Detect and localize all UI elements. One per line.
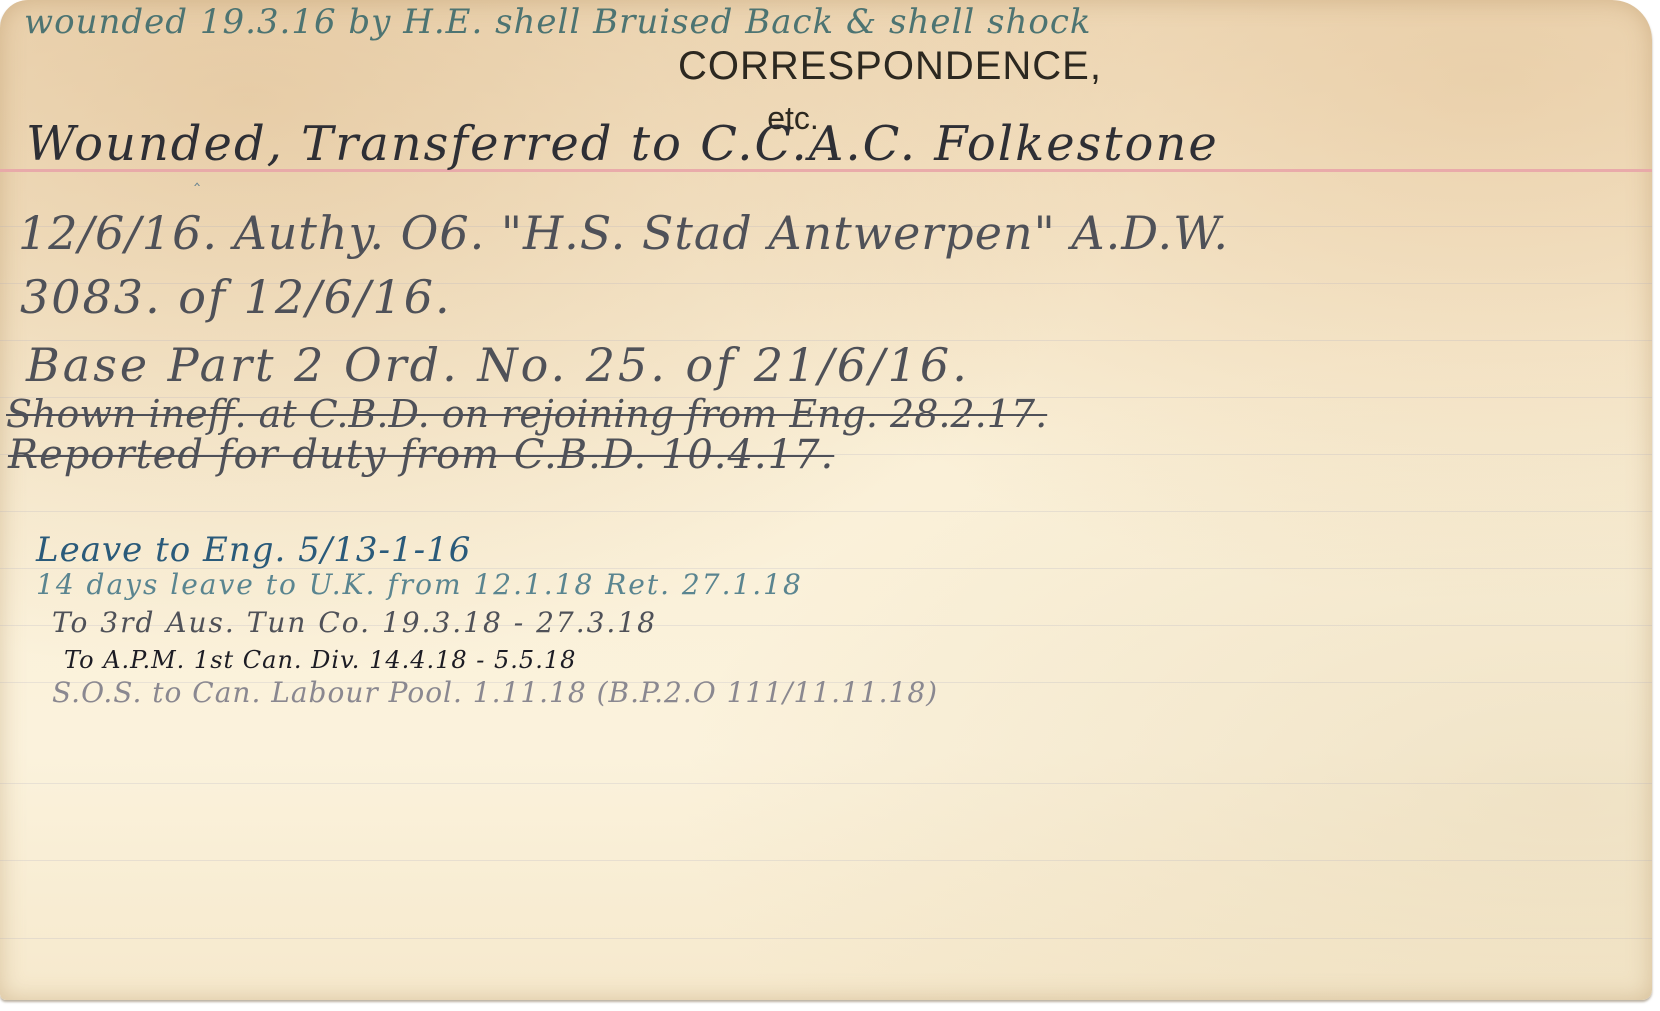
entry-top-note: wounded 19.3.16 by H.E. shell Bruised Ba… [24, 2, 1092, 42]
insertion-caret-icon: ‸ [194, 166, 200, 187]
ruled-line [0, 860, 1652, 861]
entry-reported-duty: Reported for duty from C.B.D. 10.4.17. [8, 432, 834, 478]
entry-authority: 12/6/16. Authy. O6. "H.S. Stad Antwerpen… [18, 206, 1229, 260]
card-header-title: CORRESPONDENCE, [0, 44, 1652, 89]
entry-to-3rd-aus-tun-co: To 3rd Aus. Tun Co. 19.3.18 - 27.3.18 [52, 606, 657, 639]
entry-shown-ineff: Shown ineff. at C.B.D. on rejoining from… [6, 392, 1047, 436]
entry-base-part: Base Part 2 Ord. No. 25. of 21/6/16. [26, 338, 970, 392]
entry-authority-cont: 3083. of 12/6/16. [20, 270, 452, 324]
ruled-line [0, 783, 1652, 784]
entry-leave-uk: 14 days leave to U.K. from 12.1.18 Ret. … [36, 568, 803, 601]
entry-leave-eng: Leave to Eng. 5/13-1-16 [36, 530, 471, 570]
ruled-line [0, 938, 1652, 939]
entry-wounded-transferred: Wounded, Transferred to C.C.A.C. Folkest… [26, 116, 1219, 172]
service-record-card: CORRESPONDENCE, etc. wounded 19.3.16 by … [0, 0, 1652, 1000]
entry-sos-labour-pool: S.O.S. to Can. Labour Pool. 1.11.18 (B.P… [52, 676, 938, 709]
entry-to-apm: To A.P.M. 1st Can. Div. 14.4.18 - 5.5.18 [64, 646, 576, 674]
ruled-line [0, 511, 1652, 512]
